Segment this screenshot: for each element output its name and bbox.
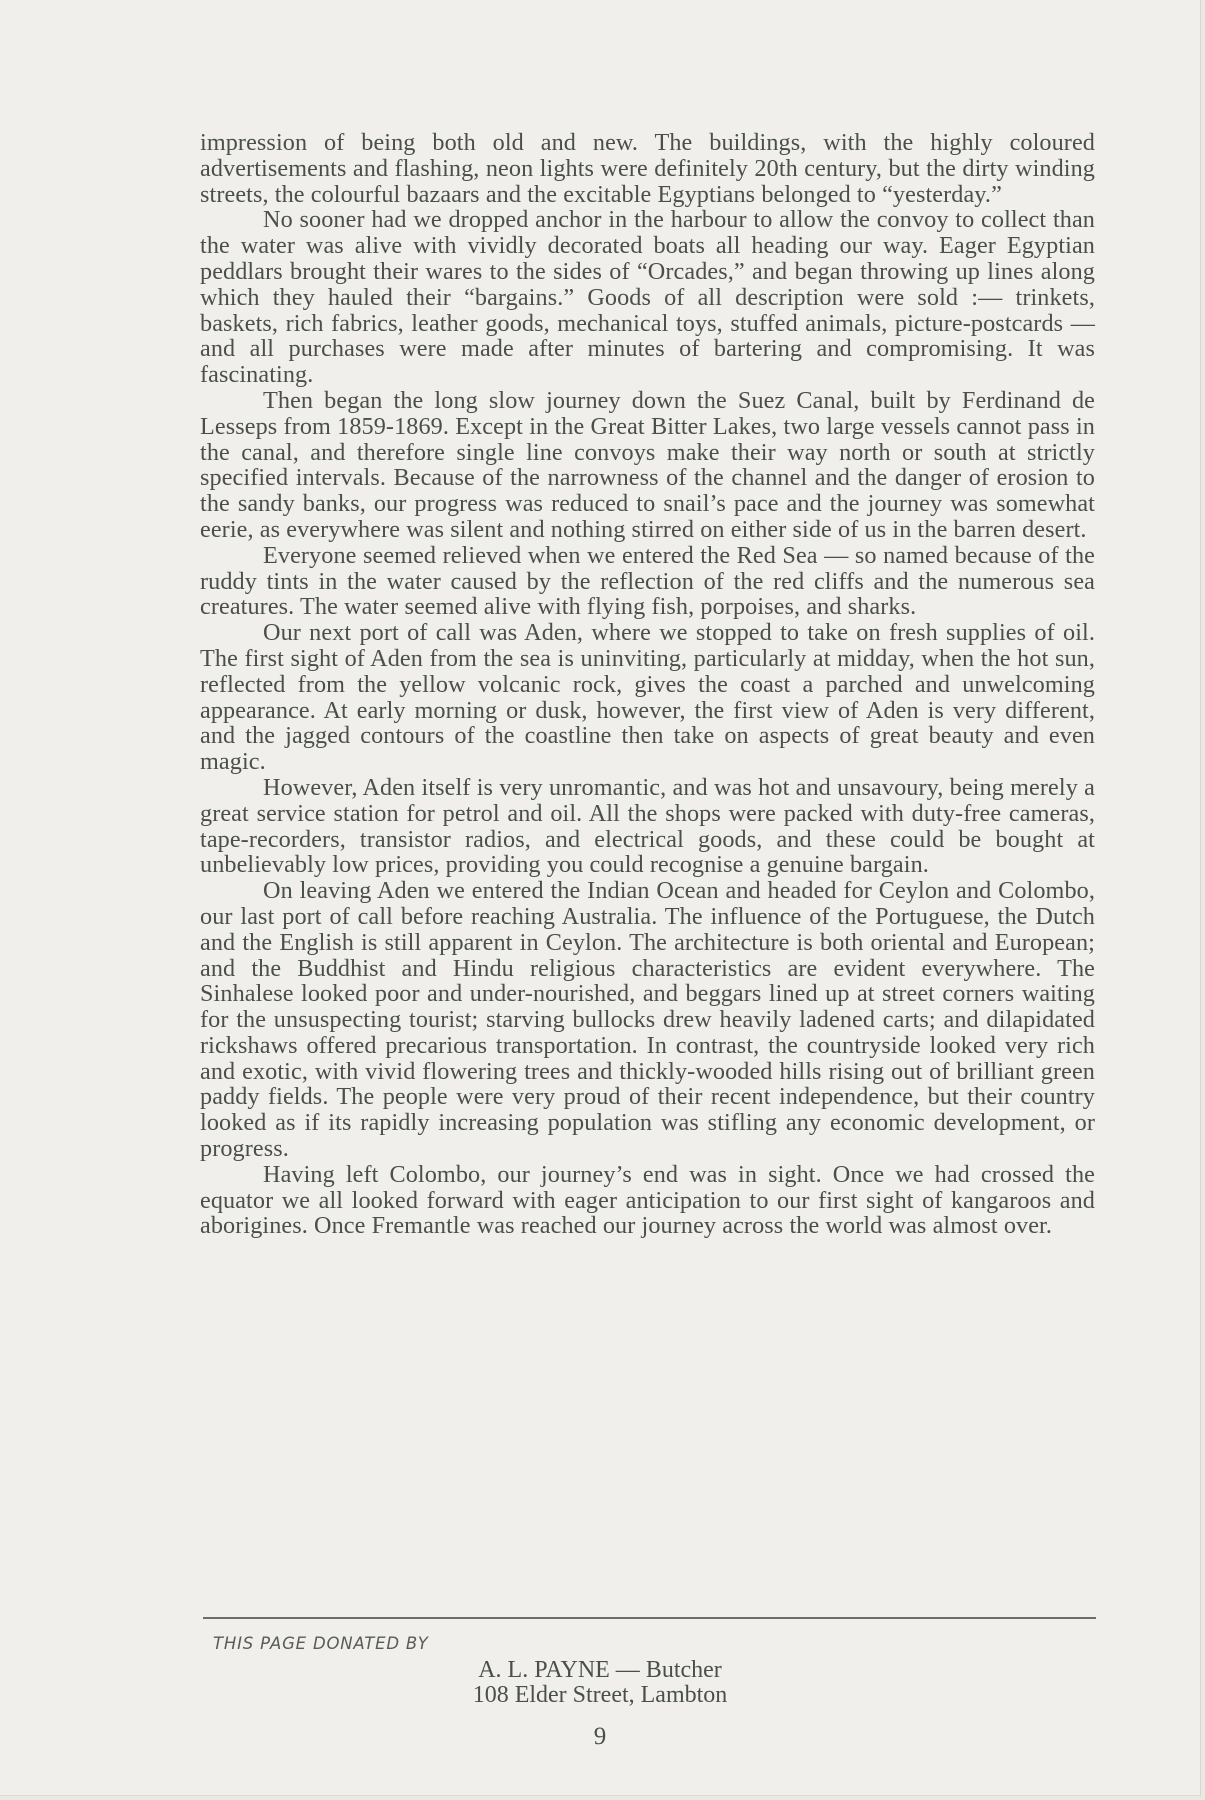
paragraph: No sooner had we dropped anchor in the h… bbox=[200, 207, 1095, 388]
paragraph: However, Aden itself is very unromantic,… bbox=[200, 775, 1095, 878]
page-number: 9 bbox=[0, 1723, 1200, 1751]
donor-address: 108 Elder Street, Lambton bbox=[0, 1682, 1200, 1709]
paragraph: Our next port of call was Aden, where we… bbox=[200, 620, 1095, 775]
paragraph: Having left Colombo, our journey’s end w… bbox=[200, 1162, 1095, 1239]
footer-divider bbox=[203, 1617, 1096, 1619]
document-page: impression of being both old and new. Th… bbox=[0, 0, 1201, 1796]
paragraph: impression of being both old and new. Th… bbox=[200, 130, 1095, 207]
paragraph: Then began the long slow journey down th… bbox=[200, 388, 1095, 543]
donor-name: A. L. PAYNE — Butcher bbox=[0, 1657, 1200, 1684]
article-body: impression of being both old and new. Th… bbox=[200, 130, 1095, 1239]
donated-by-label: THIS PAGE DONATED BY bbox=[213, 1634, 429, 1653]
paragraph: Everyone seemed relieved when we entered… bbox=[200, 543, 1095, 620]
paragraph: On leaving Aden we entered the Indian Oc… bbox=[200, 878, 1095, 1162]
